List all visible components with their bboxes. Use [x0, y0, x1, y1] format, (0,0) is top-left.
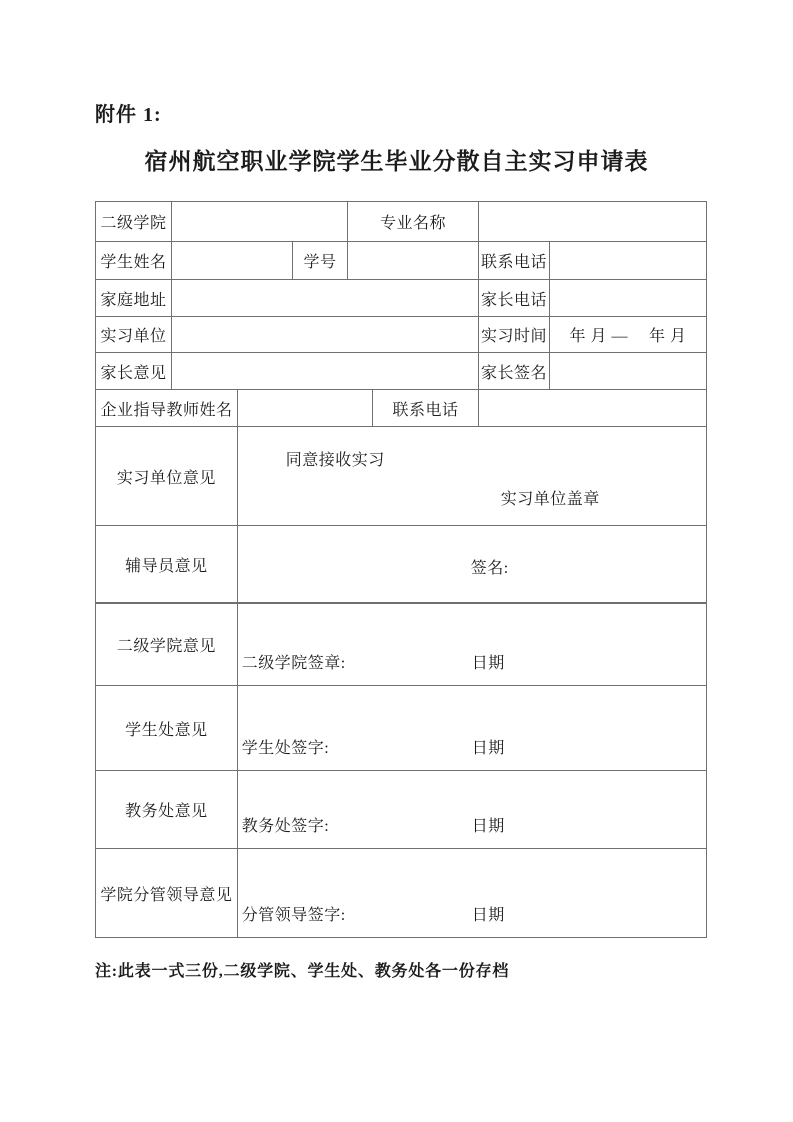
student-affairs-sign-label: 学生处签字: — [242, 735, 329, 758]
row-counselor-opinion: 辅导员意见 签名: — [96, 526, 707, 603]
college-opinion-area[interactable]: 二级学院签章: 日期 — [238, 604, 707, 686]
row-student-info: 学生姓名 学号 联系电话 — [96, 242, 707, 280]
student-id-label: 学号 — [293, 242, 348, 280]
parent-signature-input[interactable] — [550, 353, 707, 390]
academic-affairs-opinion-label: 教务处意见 — [96, 771, 238, 849]
teacher-phone-input[interactable] — [479, 390, 707, 427]
phone-input[interactable] — [550, 242, 707, 280]
row-home-address: 家庭地址 家长电话 — [96, 280, 707, 317]
internship-time-value[interactable]: 年 月 — 年 月 — [550, 317, 707, 353]
student-name-label: 学生姓名 — [96, 242, 172, 280]
major-input[interactable] — [479, 202, 707, 242]
student-affairs-date-label: 日期 — [472, 735, 505, 758]
enterprise-teacher-name-label: 企业指导教师姓名 — [96, 390, 238, 427]
academic-affairs-sign-label: 教务处签字: — [242, 813, 329, 836]
leader-opinion-area[interactable]: 分管领导签字: 日期 — [238, 849, 707, 938]
row-college-major: 二级学院 专业名称 — [96, 202, 707, 242]
row-student-affairs-opinion: 学生处意见 学生处签字: 日期 — [96, 686, 707, 771]
home-address-input[interactable] — [172, 280, 479, 317]
college-opinion-label: 二级学院意见 — [96, 604, 238, 686]
leader-opinion-label: 学院分管领导意见 — [96, 849, 238, 938]
major-label: 专业名称 — [348, 202, 479, 242]
student-affairs-opinion-area[interactable]: 学生处签字: 日期 — [238, 686, 707, 771]
footnote: 注:此表一式三份,二级学院、学生处、教务处各一份存档 — [95, 958, 509, 981]
enterprise-teacher-name-input[interactable] — [238, 390, 373, 427]
consent-text: 同意接收实习 — [286, 447, 385, 470]
form-title: 宿州航空职业学院学生毕业分散自主实习申请表 — [0, 143, 793, 176]
application-table: 二级学院 专业名称 学生姓名 学号 联系电话 家庭地址 家长电话 实习单位 实习… — [95, 201, 707, 938]
academic-affairs-opinion-area[interactable]: 教务处签字: 日期 — [238, 771, 707, 849]
internship-unit-input[interactable] — [172, 317, 479, 353]
counselor-sign-label: 签名: — [471, 555, 509, 578]
row-unit-opinion: 实习单位意见 同意接收实习 实习单位盖章 — [96, 427, 707, 526]
row-academic-affairs-opinion: 教务处意见 教务处签字: 日期 — [96, 771, 707, 849]
student-id-input[interactable] — [348, 242, 479, 280]
student-name-input[interactable] — [172, 242, 293, 280]
leader-sign-label: 分管领导签字: — [242, 902, 346, 925]
student-affairs-opinion-label: 学生处意见 — [96, 686, 238, 771]
college-sign-label: 二级学院签章: — [242, 650, 346, 673]
college-date-label: 日期 — [472, 650, 505, 673]
counselor-opinion-area[interactable]: 签名: — [238, 526, 707, 603]
unit-opinion-label: 实习单位意见 — [96, 427, 238, 526]
document-page: 附件 1: 宿州航空职业学院学生毕业分散自主实习申请表 二级学院 专业名称 学生… — [0, 0, 793, 1122]
parent-opinion-input[interactable] — [172, 353, 479, 390]
counselor-opinion-label: 辅导员意见 — [96, 526, 238, 603]
teacher-phone-label: 联系电话 — [373, 390, 479, 427]
college-label: 二级学院 — [96, 202, 172, 242]
college-input[interactable] — [172, 202, 348, 242]
parent-phone-input[interactable] — [550, 280, 707, 317]
parent-phone-label: 家长电话 — [479, 280, 550, 317]
parent-signature-label: 家长签名 — [479, 353, 550, 390]
row-internship-unit: 实习单位 实习时间 年 月 — 年 月 — [96, 317, 707, 353]
attachment-label: 附件 1: — [95, 98, 162, 127]
internship-unit-label: 实习单位 — [96, 317, 172, 353]
leader-date-label: 日期 — [472, 902, 505, 925]
internship-time-label: 实习时间 — [479, 317, 550, 353]
unit-stamp-text: 实习单位盖章 — [501, 486, 600, 509]
home-address-label: 家庭地址 — [96, 280, 172, 317]
academic-affairs-date-label: 日期 — [472, 813, 505, 836]
row-enterprise-teacher: 企业指导教师姓名 联系电话 — [96, 390, 707, 427]
row-leader-opinion: 学院分管领导意见 分管领导签字: 日期 — [96, 849, 707, 938]
unit-opinion-area[interactable]: 同意接收实习 实习单位盖章 — [238, 427, 707, 526]
phone-label: 联系电话 — [479, 242, 550, 280]
row-college-opinion: 二级学院意见 二级学院签章: 日期 — [96, 603, 707, 686]
row-parent-opinion: 家长意见 家长签名 — [96, 353, 707, 390]
parent-opinion-label: 家长意见 — [96, 353, 172, 390]
